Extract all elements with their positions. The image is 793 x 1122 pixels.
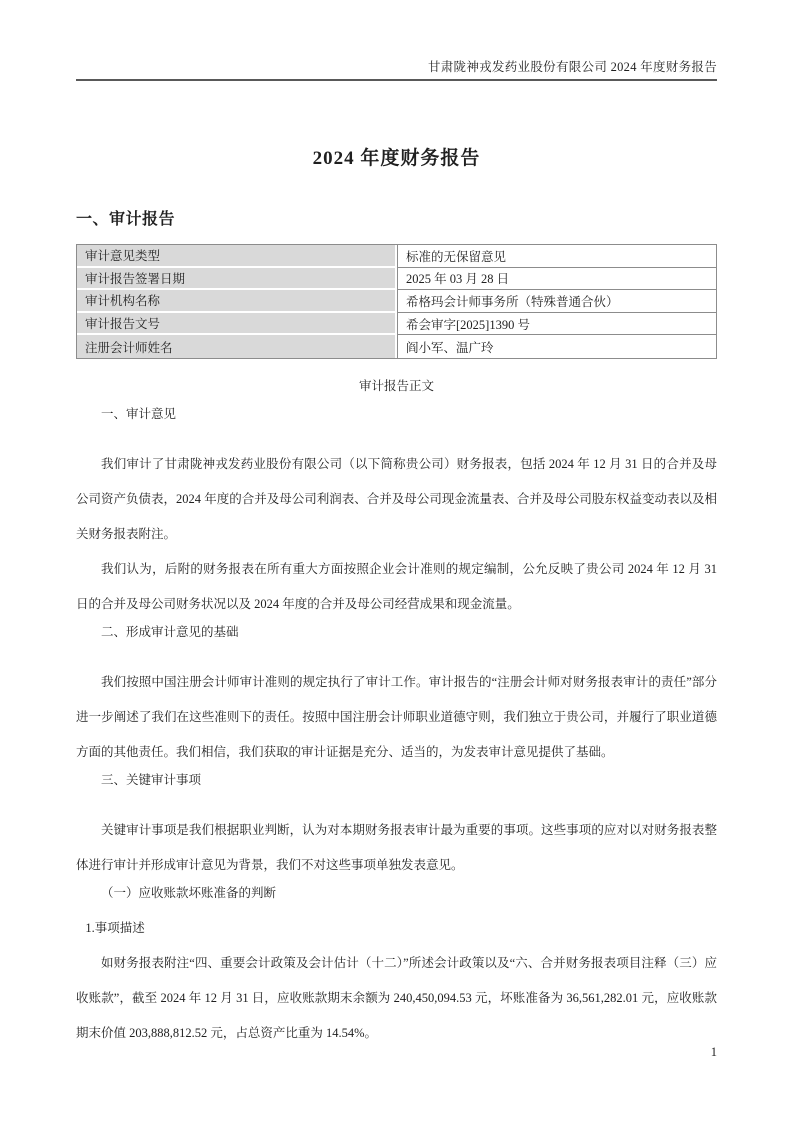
page-content: 甘肃陇神戎发药业股份有限公司 2024 年度财务报告 2024 年度财务报告 一…: [76, 0, 717, 1051]
paragraph: 如财务报表附注“四、重要会计政策及会计估计（十二）”所述会计政策以及“六、合并财…: [76, 946, 717, 1051]
paragraph: 我们按照中国注册会计师审计准则的规定执行了审计工作。审计报告的“注册会计师对财务…: [76, 665, 717, 770]
row-value: 2025 年 03 月 28 日: [397, 268, 716, 291]
paragraph: 我们认为，后附的财务报表在所有重大方面按照企业会计准则的规定编制，公允反映了贵公…: [76, 552, 717, 622]
row-label: 审计报告文号: [77, 313, 397, 336]
row-label: 审计意见类型: [77, 245, 397, 268]
table-row: 审计机构名称 希格玛会计师事务所（特殊普通合伙）: [77, 290, 716, 313]
table-row: 审计报告文号 希会审字[2025]1390 号: [77, 313, 716, 336]
page-number: 1: [711, 1045, 717, 1060]
row-value: 希格玛会计师事务所（特殊普通合伙）: [397, 290, 716, 313]
list-item-heading: 1.事项描述: [76, 911, 717, 946]
table-row: 审计意见类型 标准的无保留意见: [77, 245, 716, 268]
row-value: 希会审字[2025]1390 号: [397, 313, 716, 336]
paragraph: 我们审计了甘肃陇神戎发药业股份有限公司（以下简称贵公司）财务报表，包括 2024…: [76, 447, 717, 552]
row-label: 注册会计师姓名: [77, 335, 397, 358]
row-label: 审计报告签署日期: [77, 268, 397, 291]
table-row: 审计报告签署日期 2025 年 03 月 28 日: [77, 268, 716, 291]
table-row: 注册会计师姓名 阎小军、温广玲: [77, 335, 716, 358]
paragraph: 关键审计事项是我们根据职业判断，认为对本期财务报表审计最为重要的事项。这些事项的…: [76, 813, 717, 883]
audit-report-section-heading: 一、审计报告: [76, 206, 717, 229]
running-header: 甘肃陇神戎发药业股份有限公司 2024 年度财务报告: [76, 0, 717, 81]
row-label: 审计机构名称: [77, 290, 397, 313]
report-title: 2024 年度财务报告: [76, 143, 717, 170]
running-header-text: 甘肃陇神戎发药业股份有限公司 2024 年度财务报告: [428, 60, 717, 74]
row-value: 标准的无保留意见: [397, 245, 716, 268]
report-page: 甘肃陇神戎发药业股份有限公司 2024 年度财务报告 2024 年度财务报告 一…: [0, 0, 793, 1122]
report-body: 一、审计意见 我们审计了甘肃陇神戎发药业股份有限公司（以下简称贵公司）财务报表，…: [76, 397, 717, 1051]
audit-info-table: 审计意见类型 标准的无保留意见 审计报告签署日期 2025 年 03 月 28 …: [76, 244, 717, 359]
row-value: 阎小军、温广玲: [397, 335, 716, 358]
